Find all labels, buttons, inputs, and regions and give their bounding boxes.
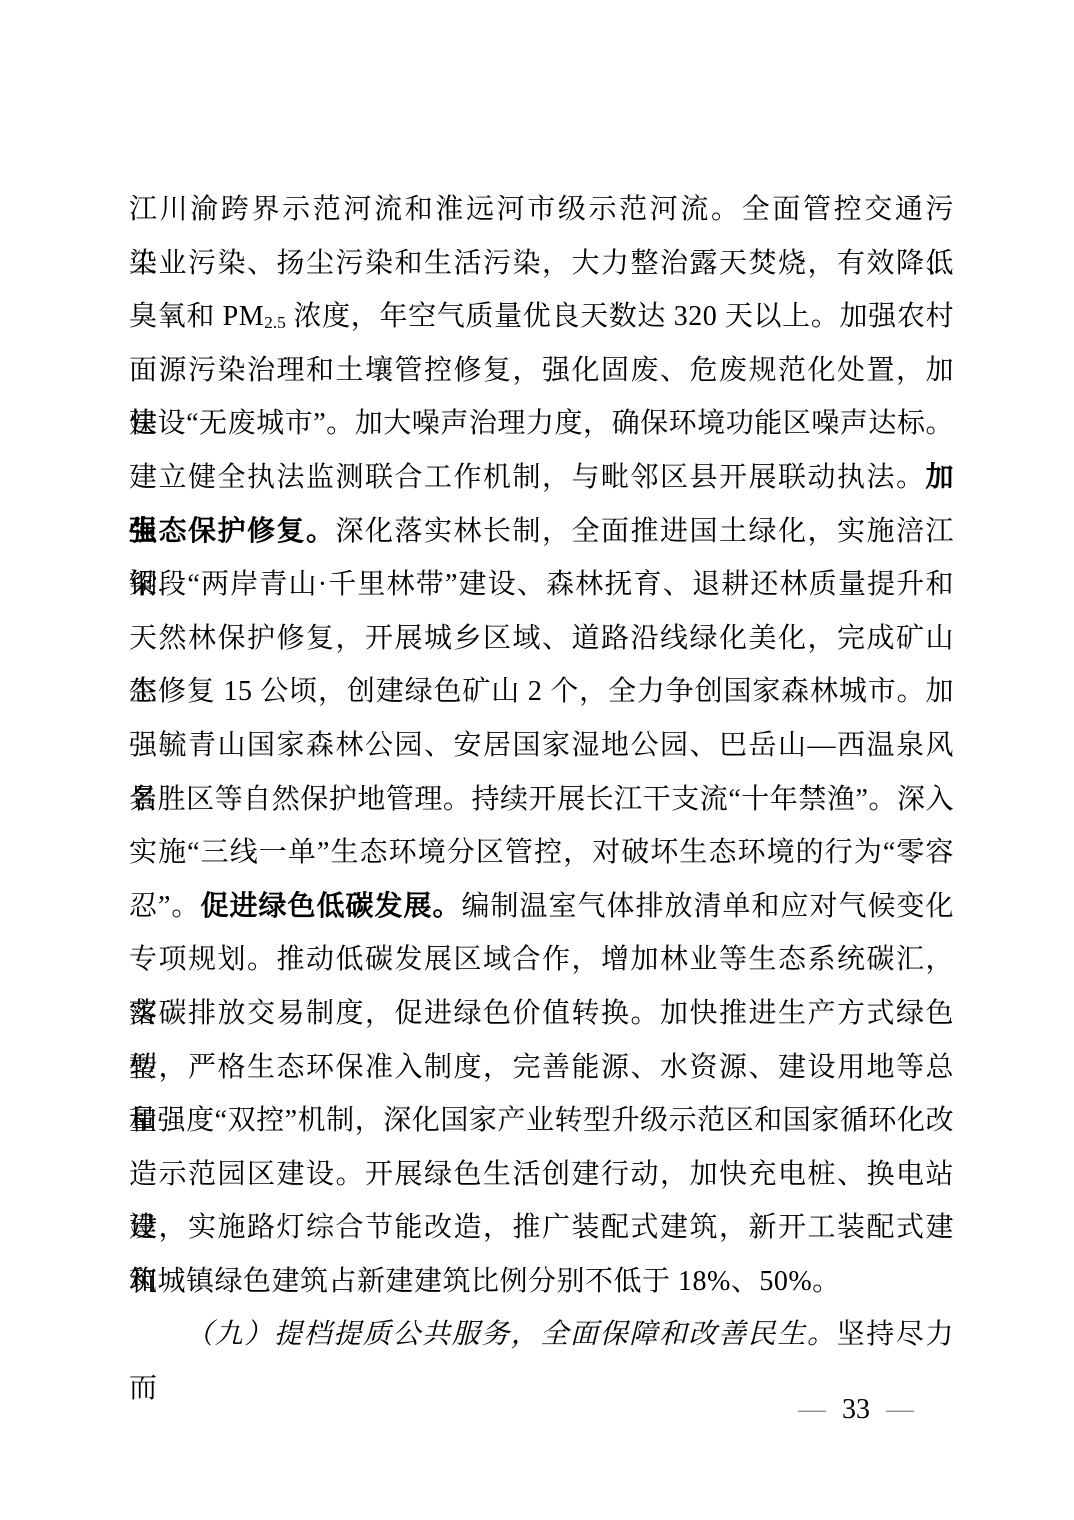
text-run: 工业污染、扬尘污染和生活污染，大力整治露天焚烧，有效降低 (129, 248, 954, 279)
text-line: 臭氧和 PM2.5 浓度，年空气质量优良天数达 320 天以上。加强农村 (129, 290, 954, 344)
text-line: 天然林保护修复，开展城乡区域、道路沿线绿化美化，完成矿山生 (129, 612, 954, 666)
bold-text-run: 生态保护修复。 (129, 516, 336, 547)
document-body: 江川渝跨界示范河流和淮远河市级示范河流。全面管控交通污染、工业污染、扬尘污染和生… (129, 183, 954, 1362)
text-run: 浓度，年空气质量优良天数达 320 天以上。加强农村 (286, 301, 954, 332)
section-heading-run: （九）提档提质公共服务，全面保障和改善民生。 (185, 1319, 837, 1350)
text-run: 编制温室气体排放清单和应对气候变化 (461, 891, 954, 922)
bold-text-run: 促进绿色低碳发展。 (200, 891, 461, 922)
text-line: 型，严格生态环保准入制度，完善能源、水资源、建设用地等总量 (129, 1041, 954, 1095)
text-line: 梁段“两岸青山·千里林带”建设、森林抚育、退耕还林质量提升和 (129, 558, 954, 612)
text-run: 实施“三线一单”生态环境分区管控，对破坏生态环境的行为“零容 (129, 837, 954, 868)
text-line: 建立健全执法监测联合工作机制，与毗邻区县开展联动执法。加强 (129, 451, 954, 505)
text-line: 江川渝跨界示范河流和淮远河市级示范河流。全面管控交通污染、 (129, 183, 954, 237)
document-page: 江川渝跨界示范河流和淮远河市级示范河流。全面管控交通污染、工业污染、扬尘污染和生… (0, 0, 1074, 1520)
text-line: 专项规划。推动低碳发展区域合作，增加林业等生态系统碳汇，落 (129, 933, 954, 987)
text-line: 设，实施路灯综合节能改造，推广装配式建筑，新开工装配式建筑 (129, 1201, 954, 1255)
text-line: 强毓青山国家森林公园、安居国家湿地公园、巴岳山—西温泉风景 (129, 719, 954, 773)
text-line: 名胜区等自然保护地管理。持续开展长江干支流“十年禁渔”。深入 (129, 773, 954, 827)
text-run: 和城镇绿色建筑占新建建筑比例分别不低于 18%、50%。 (129, 1266, 841, 1297)
text-run: 梁段“两岸青山·千里林带”建设、森林抚育、退耕还林质量提升和 (129, 569, 954, 600)
text-line: 忍”。促进绿色低碳发展。编制温室气体排放清单和应对气候变化 (129, 880, 954, 934)
text-run: 建立健全执法监测联合工作机制，与毗邻区县开展联动执法。 (129, 462, 925, 493)
text-line: （九）提档提质公共服务，全面保障和改善民生。坚持尽力而 (129, 1308, 954, 1362)
subscript-run: 2.5 (264, 313, 286, 332)
footer-dash-left: — (798, 1394, 826, 1425)
text-run: 建设“无废城市”。加大噪声治理力度，确保环境功能区噪声达标。 (129, 408, 954, 439)
text-run: 臭氧和 PM (129, 301, 264, 332)
page-footer: —33— (798, 1390, 914, 1430)
text-line: 面源污染治理和土壤管控修复，强化固废、危废规范化处置，加快 (129, 344, 954, 398)
footer-dash-right: — (886, 1394, 914, 1425)
text-line: 造示范园区建设。开展绿色生活创建行动，加快充电桩、换电站建 (129, 1148, 954, 1202)
text-run: 名胜区等自然保护地管理。持续开展长江干支流“十年禁渔”。深入 (129, 784, 954, 815)
text-line: 和城镇绿色建筑占新建建筑比例分别不低于 18%、50%。 (129, 1255, 954, 1309)
text-line: 和强度“双控”机制，深化国家产业转型升级示范区和国家循环化改 (129, 1094, 954, 1148)
text-line: 态修复 15 公顷，创建绿色矿山 2 个，全力争创国家森林城市。加 (129, 665, 954, 719)
text-line: 工业污染、扬尘污染和生活污染，大力整治露天焚烧，有效降低 (129, 237, 954, 291)
text-run: 和强度“双控”机制，深化国家产业转型升级示范区和国家循环化改 (129, 1105, 954, 1136)
text-line: 实碳排放交易制度，促进绿色价值转换。加快推进生产方式绿色转 (129, 987, 954, 1041)
text-line: 生态保护修复。深化落实林长制，全面推进国土绿化，实施涪江铜 (129, 505, 954, 559)
text-run: 忍”。 (129, 891, 200, 922)
text-line: 建设“无废城市”。加大噪声治理力度，确保环境功能区噪声达标。 (129, 397, 954, 451)
page-number: 33 (842, 1394, 870, 1425)
text-line: 实施“三线一单”生态环境分区管控，对破坏生态环境的行为“零容 (129, 826, 954, 880)
text-run: 态修复 15 公顷，创建绿色矿山 2 个，全力争创国家森林城市。加 (129, 676, 954, 707)
